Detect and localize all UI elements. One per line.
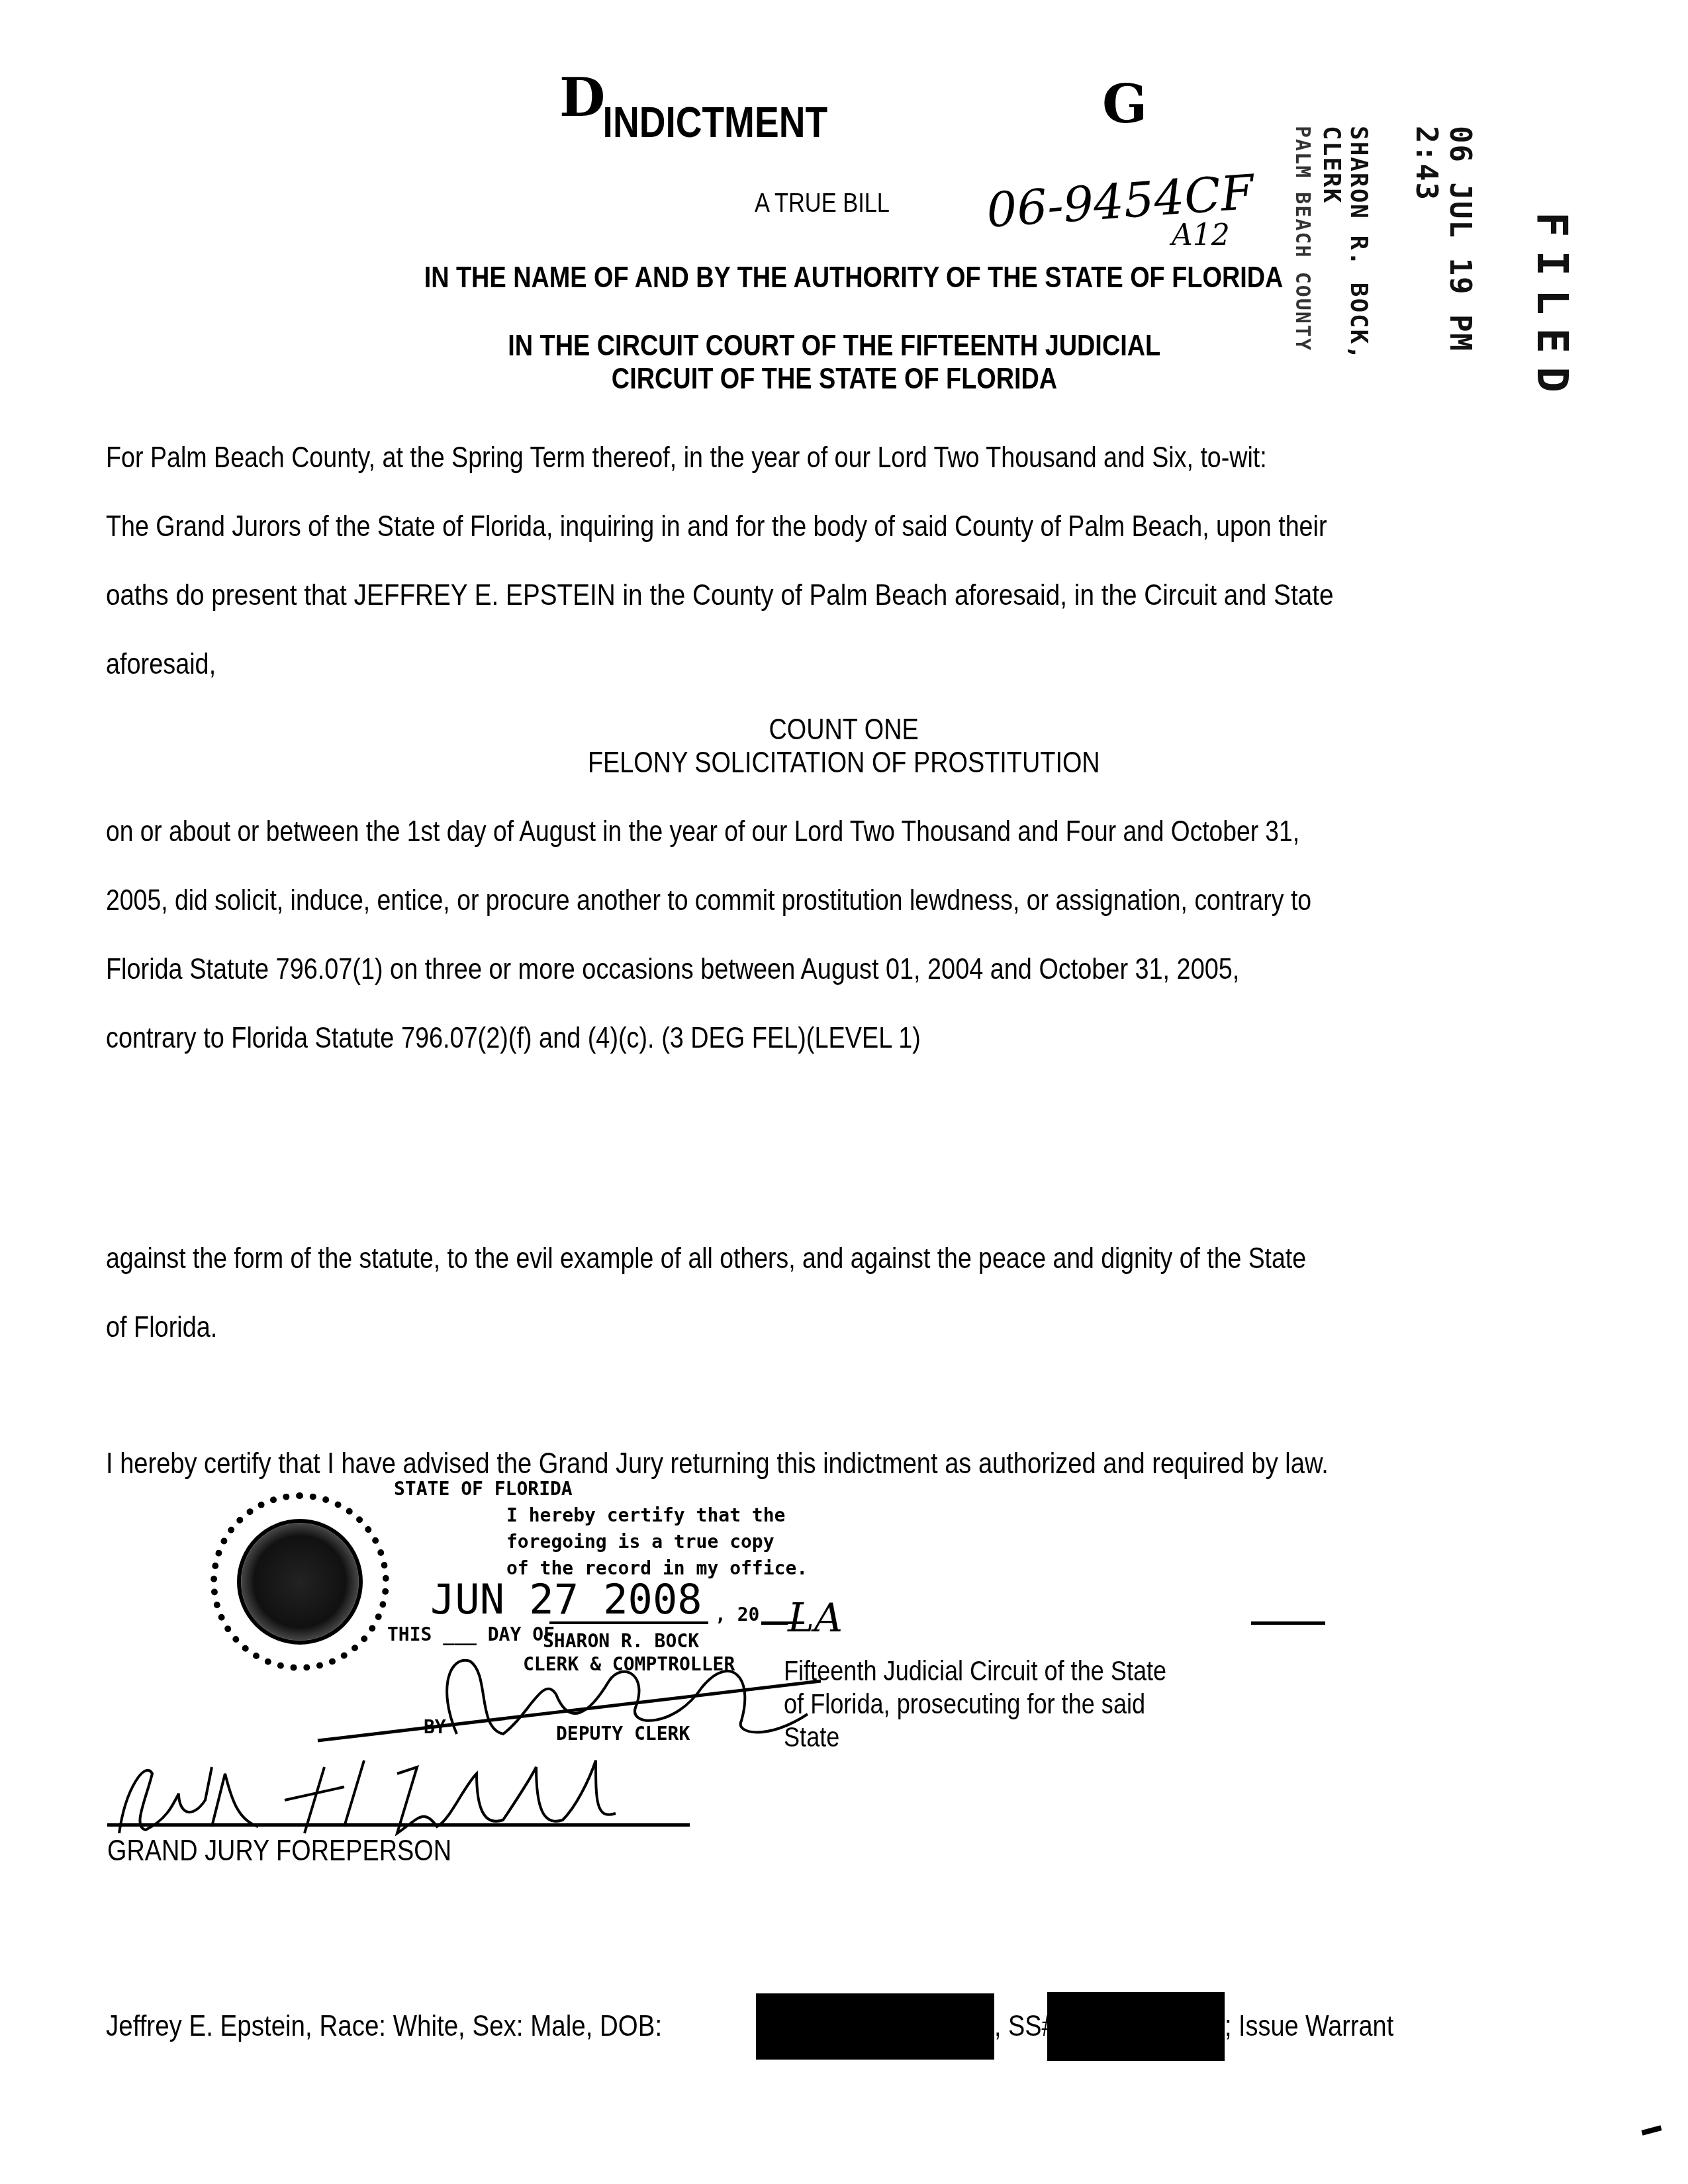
cert-state: STATE OF FLORIDA xyxy=(394,1476,808,1502)
defendant-name-line: Jeffrey E. Epstein, Race: White, Sex: Ma… xyxy=(106,2010,692,2043)
clerk-certificate-stamp: STATE OF FLORIDA I hereby certify that t… xyxy=(394,1476,808,1582)
foreperson-signature xyxy=(106,1747,702,1846)
defendant-info: Jeffrey E. Epstein, Race: White, Sex: Ma… xyxy=(106,1992,1421,2061)
prosecutor-signature-line xyxy=(1251,1621,1325,1625)
preamble-line: aforesaid, xyxy=(106,630,1615,699)
filed-stamp-datetime: 06 JUL 19 PM 2:43 xyxy=(1409,126,1477,443)
certification: I hereby certify that I have advised the… xyxy=(106,1430,1615,1498)
preamble-line: The Grand Jurors of the State of Florida… xyxy=(106,492,1615,561)
prosecutor-block: Fifteenth Judicial Circuit of the State … xyxy=(784,1655,1229,1754)
true-bill-label: A TRUE BILL xyxy=(755,189,912,218)
prosecutor-line3: State xyxy=(784,1721,839,1754)
count-charge: FELONY SOLICITATION OF PROSTITUTION xyxy=(588,747,1100,780)
foreperson-signature-line xyxy=(107,1823,690,1827)
count-number: COUNT ONE xyxy=(769,713,919,747)
count-line: 2005, did solicit, induce, entice, or pr… xyxy=(106,866,1615,935)
cert-by-label: BY xyxy=(424,1714,446,1741)
foreperson-label: GRAND JURY FOREPERSON xyxy=(107,1835,508,1868)
ss-redaction: [REDACTED] xyxy=(1047,1992,1225,2061)
cert-line2: foregoing is a true copy xyxy=(394,1529,808,1555)
filed-stamp-clerk: SHARON R. BOCK, CLERK xyxy=(1318,126,1372,443)
heading-court-line1: IN THE CIRCUIT COURT OF THE FIFTEENTH JU… xyxy=(508,330,1160,363)
count-heading: COUNT ONE FELONY SOLICITATION OF PROSTIT… xyxy=(0,713,1688,780)
cert-date-line xyxy=(549,1621,708,1624)
prosecutor-line2: of Florida, prosecuting for the said xyxy=(784,1688,1145,1721)
count-line: on or about or between the 1st day of Au… xyxy=(106,797,1615,866)
seal-emblem xyxy=(237,1519,363,1645)
dob-redaction: [REDACTED] xyxy=(756,1993,994,2060)
ss-label: , SS#: xyxy=(994,2010,1040,2043)
preamble-line: For Palm Beach County, at the Spring Ter… xyxy=(106,424,1615,492)
prosecutor-line1: Fifteenth Judicial Circuit of the State xyxy=(784,1655,1166,1688)
cert-date-handwritten: JUN 27 2008 xyxy=(430,1575,702,1623)
document-title: INDICTMENT xyxy=(0,98,1430,147)
closing: against the form of the statute, to the … xyxy=(106,1224,1615,1362)
cert-year-prefix: , 20 xyxy=(715,1602,759,1628)
corner-mark xyxy=(1641,2125,1662,2135)
heading-court-line2: CIRCUIT OF THE STATE OF FLORIDA xyxy=(611,363,1056,396)
count-line: Florida Statute 796.07(1) on three or mo… xyxy=(106,935,1615,1004)
case-suffix-handwritten: A12 xyxy=(1172,218,1230,252)
preamble-line: oaths do present that JEFFREY E. EPSTEIN… xyxy=(106,561,1615,630)
filed-stamp-label: FILED xyxy=(1527,212,1576,443)
closing-line: against the form of the statute, to the … xyxy=(106,1224,1615,1293)
prosecutor-initials: LA xyxy=(788,1595,843,1641)
filed-stamp-clerk-county: PALM BEACH COUNTY xyxy=(1291,126,1314,443)
prosecutor-line-stub xyxy=(761,1621,788,1625)
count-line: contrary to Florida Statute 796.07(2)(f)… xyxy=(106,1004,1615,1073)
cert-deputy-label: DEPUTY CLERK xyxy=(556,1721,690,1747)
preamble: For Palm Beach County, at the Spring Ter… xyxy=(106,424,1615,699)
count-body: on or about or between the 1st day of Au… xyxy=(106,797,1615,1073)
closing-line: of Florida. xyxy=(106,1293,1615,1362)
filed-stamp: PALM BEACH COUNTY SHARON R. BOCK, CLERK … xyxy=(1291,126,1576,443)
issue-warrant-text: ; Issue Warrant xyxy=(1225,2010,1393,2043)
cert-line1: I hereby certify that the xyxy=(394,1502,808,1529)
